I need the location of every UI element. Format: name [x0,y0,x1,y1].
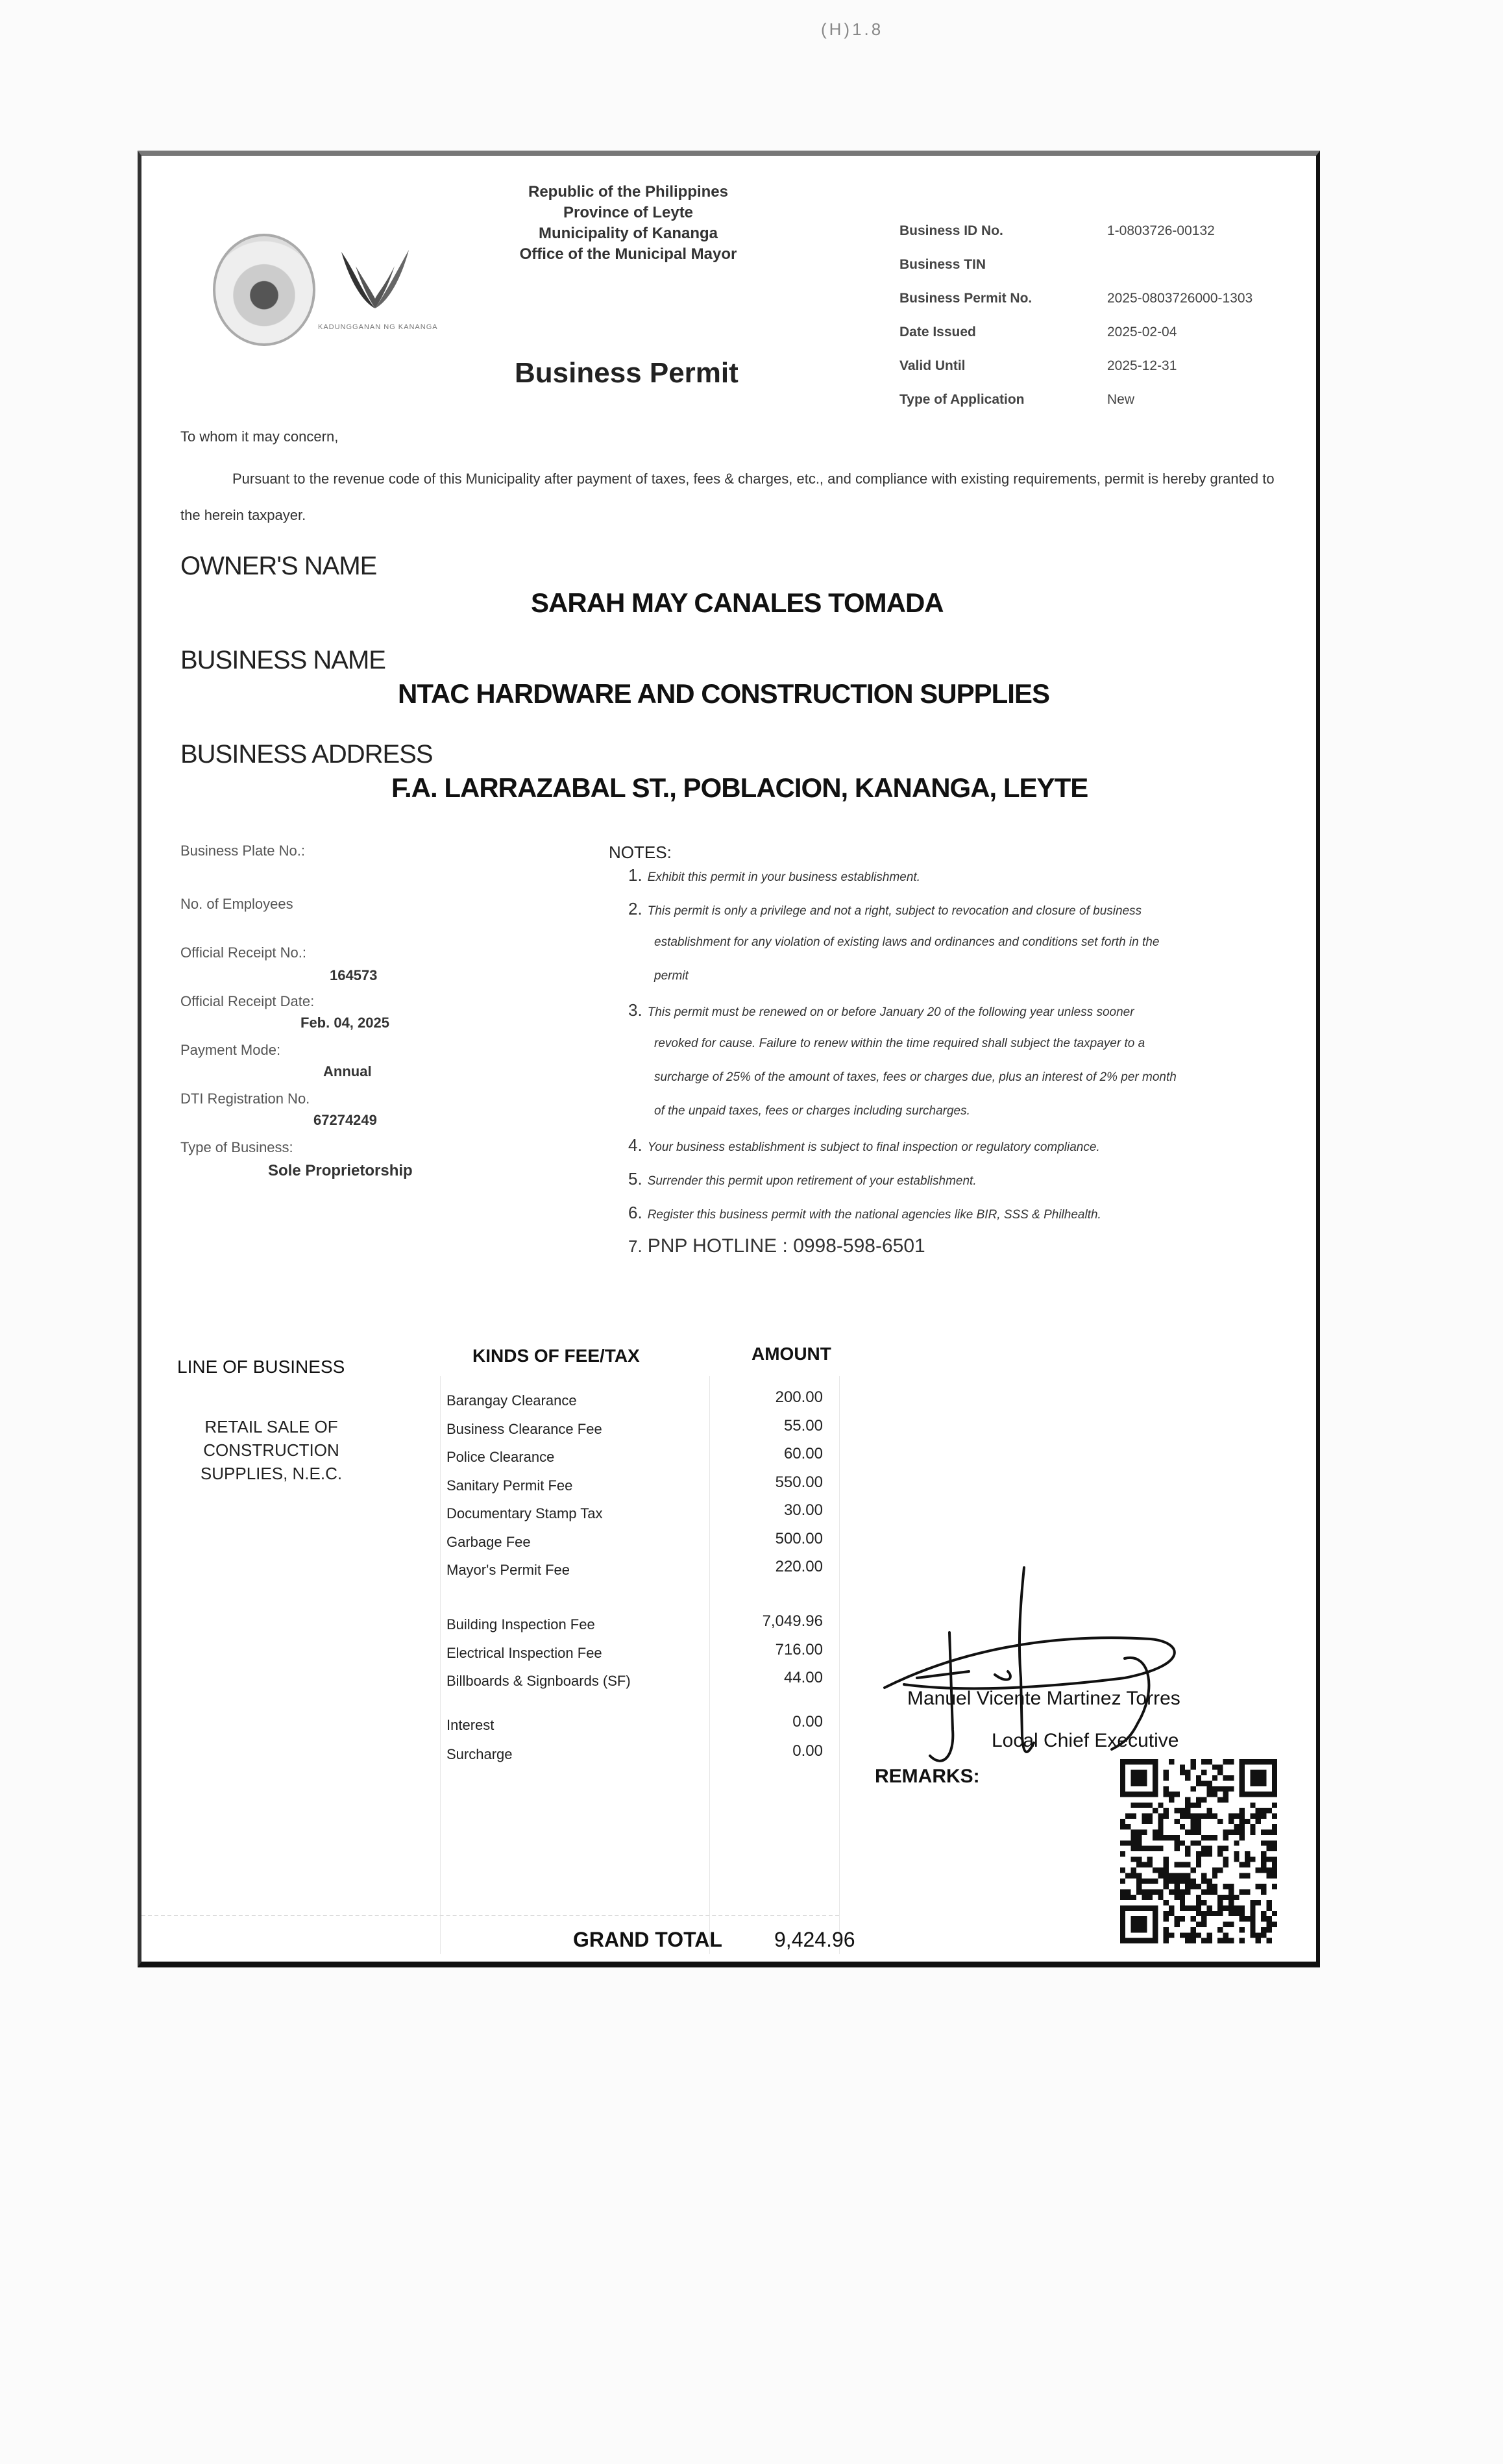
fee-name: Interest [446,1717,494,1734]
fee-amount: 44.00 [719,1669,823,1687]
signatory-title: Local Chief Executive [992,1730,1179,1752]
fee-name: Mayor's Permit Fee [446,1562,570,1579]
fee-name: Billboards & Signboards (SF) [446,1673,631,1690]
info-row-date-issued: Date Issued2025-02-04 [899,315,1252,349]
fee-name: Garbage Fee [446,1534,531,1551]
fee-amount: 7,049.96 [719,1612,823,1631]
fee-name: Sanitary Permit Fee [446,1477,572,1494]
permit-info-table: Business ID No.1-0803726-00132 Business … [899,214,1252,417]
fee-name: Barangay Clearance [446,1392,577,1409]
fee-amount: 55.00 [719,1417,823,1435]
info-row-business-tin: Business TIN [899,248,1252,282]
info-row-application-type: Type of ApplicationNew [899,383,1252,417]
info-row-business-id: Business ID No.1-0803726-00132 [899,214,1252,248]
remarks-label: REMARKS: [875,1766,980,1788]
payment-mode-label: Payment Mode: [180,1042,280,1059]
fee-name: Building Inspection Fee [446,1616,595,1633]
fee-name: Electrical Inspection Fee [446,1645,602,1662]
fee-amount: 0.00 [719,1742,823,1760]
fee-amount: 500.00 [719,1530,823,1548]
info-row-permit-no: Business Permit No.2025-0803726000-1303 [899,282,1252,315]
fee-name: Business Clearance Fee [446,1421,602,1438]
signatory-name: Manuel Vicente Martinez Torres [907,1688,1180,1710]
fee-amount: 550.00 [719,1473,823,1492]
fee-amount: 200.00 [719,1388,823,1407]
grand-total-label: GRAND TOTAL [573,1928,722,1952]
fee-name: Documentary Stamp Tax [446,1505,602,1522]
scan-mark: (H)1.8 [821,19,883,40]
business-permit-document: KADUNGGANAN NG KANANGA Republic of the P… [138,151,1320,1967]
table-divider [839,1376,840,1954]
fee-amount: 0.00 [719,1713,823,1731]
fee-amount: 716.00 [719,1641,823,1659]
fee-name: Surcharge [446,1746,513,1763]
fee-amount: 220.00 [719,1558,823,1576]
fee-amount: 30.00 [719,1501,823,1520]
fee-name: Police Clearance [446,1449,554,1466]
grand-total-value: 9,424.96 [774,1928,855,1952]
qr-code-icon [1119,1759,1278,1943]
info-row-valid-until: Valid Until2025-12-31 [899,349,1252,383]
fee-amount: 60.00 [719,1445,823,1463]
fee-rows: Barangay Clearance200.00Business Clearan… [271,156,836,1962]
